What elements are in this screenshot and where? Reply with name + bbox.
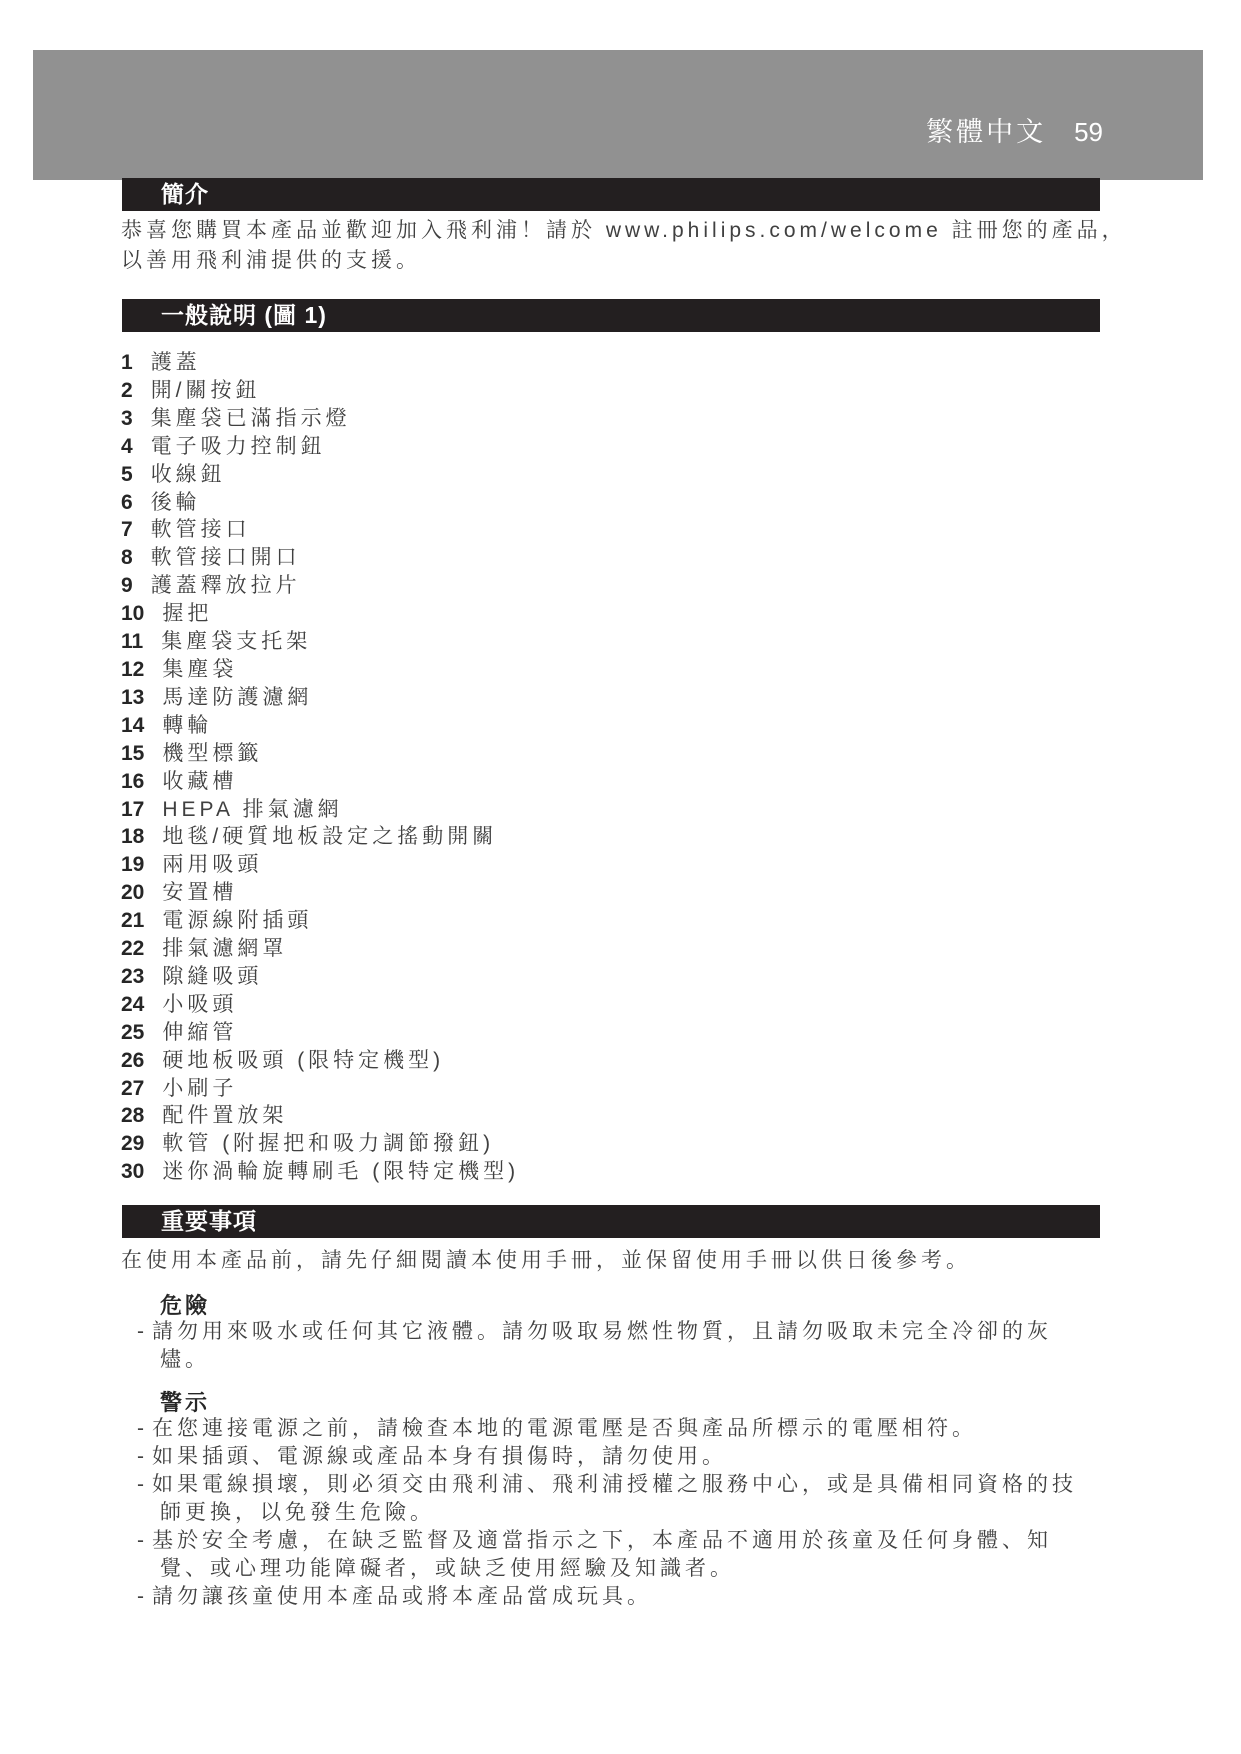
part-number: 19: [121, 851, 144, 879]
part-label: 集塵袋: [162, 658, 237, 681]
part-list-item: 10握把: [121, 600, 1121, 628]
warning-list-item: 基於安全考慮，在缺乏監督及適當指示之下，本產品不適用於孩童及任何身體、知 覺、或…: [136, 1527, 1176, 1583]
part-list-item: 3集塵袋已滿指示燈: [121, 405, 1121, 433]
part-number: 6: [121, 489, 133, 517]
section-title-intro: 簡介: [161, 181, 209, 207]
part-number: 12: [121, 656, 144, 684]
warning-heading: 警示: [160, 1386, 210, 1417]
part-label: 握把: [162, 602, 212, 625]
part-list-item: 5收線鈕: [121, 461, 1121, 489]
part-label: 排氣濾網罩: [162, 937, 287, 960]
intro-paragraph: 恭喜您購買本產品並歡迎加入飛利浦！請於 www.philips.com/welc…: [121, 216, 1181, 276]
part-number: 21: [121, 907, 144, 935]
part-list-item: 11集塵袋支托架: [121, 628, 1121, 656]
page-header-text: 繁體中文 59: [926, 110, 1103, 149]
language-label: 繁體中文: [926, 110, 1046, 149]
part-label: 隙縫吸頭: [162, 965, 262, 988]
part-label: HEPA 排氣濾網: [162, 798, 342, 821]
section-bar-important: 重要事項: [122, 1205, 1100, 1238]
warning-list-item: 如果電線損壞，則必須交由飛利浦、飛利浦授權之服務中心，或是具備相同資格的技 師更…: [136, 1471, 1176, 1527]
part-label: 開/關按鈕: [151, 379, 261, 402]
part-label: 電源線附插頭: [162, 909, 312, 932]
part-number: 23: [121, 963, 144, 991]
part-label: 軟管 (附握把和吸力調節撥鈕): [162, 1132, 494, 1155]
part-list-item: 25伸縮管: [121, 1019, 1121, 1047]
part-list-item: 20安置槽: [121, 879, 1121, 907]
part-number: 15: [121, 740, 144, 768]
part-label: 護蓋: [151, 351, 201, 374]
part-number: 8: [121, 544, 133, 572]
part-number: 30: [121, 1158, 144, 1186]
part-list-item: 19兩用吸頭: [121, 851, 1121, 879]
part-list-item: 24小吸頭: [121, 991, 1121, 1019]
part-list-item: 16收藏槽: [121, 768, 1121, 796]
part-label: 收線鈕: [151, 463, 226, 486]
part-list-item: 6後輪: [121, 489, 1121, 517]
part-number: 4: [121, 433, 133, 461]
page-header-band: 繁體中文 59: [33, 50, 1203, 180]
part-list-item: 4電子吸力控制鈕: [121, 433, 1121, 461]
warning-list-item: 在您連接電源之前，請檢查本地的電源電壓是否與產品所標示的電壓相符。: [136, 1415, 1176, 1443]
part-label: 集塵袋支托架: [161, 630, 311, 653]
part-list-item: 9護蓋釋放拉片: [121, 572, 1121, 600]
part-number: 18: [121, 823, 144, 851]
part-number: 29: [121, 1130, 144, 1158]
part-number: 20: [121, 879, 144, 907]
part-list-item: 15機型標籤: [121, 740, 1121, 768]
part-number: 3: [121, 405, 133, 433]
part-list-item: 7軟管接口: [121, 516, 1121, 544]
part-number: 14: [121, 712, 144, 740]
part-number: 16: [121, 768, 144, 796]
part-label: 馬達防護濾網: [162, 686, 312, 709]
part-list-item: 29軟管 (附握把和吸力調節撥鈕): [121, 1130, 1121, 1158]
part-number: 24: [121, 991, 144, 1019]
part-list-item: 27小刷子: [121, 1075, 1121, 1103]
part-list-item: 18地毯/硬質地板設定之搖動開關: [121, 823, 1121, 851]
section-title-important: 重要事項: [161, 1208, 257, 1234]
part-number: 22: [121, 935, 144, 963]
part-label: 軟管接口開口: [151, 546, 301, 569]
section-bar-intro: 簡介: [122, 178, 1100, 211]
important-paragraph: 在使用本產品前，請先仔細閱讀本使用手冊，並保留使用手冊以供日後參考。: [121, 1247, 1181, 1275]
manual-page: 繁體中文 59 簡介 恭喜您購買本產品並歡迎加入飛利浦！請於 www.phili…: [0, 0, 1241, 1754]
section-bar-general: 一般說明 (圖 1): [122, 299, 1100, 332]
part-label: 兩用吸頭: [162, 853, 262, 876]
part-label: 收藏槽: [162, 770, 237, 793]
part-list-item: 23隙縫吸頭: [121, 963, 1121, 991]
part-number: 27: [121, 1075, 144, 1103]
part-list-item: 30迷你渦輪旋轉刷毛 (限特定機型): [121, 1158, 1121, 1186]
part-number: 9: [121, 572, 133, 600]
part-number: 2: [121, 377, 133, 405]
part-list-item: 21電源線附插頭: [121, 907, 1121, 935]
part-label: 軟管接口: [151, 518, 251, 541]
part-label: 後輪: [151, 491, 201, 514]
part-number: 17: [121, 796, 144, 824]
part-number: 5: [121, 461, 133, 489]
part-list-item: 12集塵袋: [121, 656, 1121, 684]
part-number: 1: [121, 349, 133, 377]
page-number: 59: [1074, 117, 1103, 148]
part-label: 硬地板吸頭 (限特定機型): [162, 1049, 444, 1072]
part-list-item: 17HEPA 排氣濾網: [121, 796, 1121, 824]
part-list-item: 28配件置放架: [121, 1102, 1121, 1130]
parts-list: 1護蓋 2開/關按鈕 3集塵袋已滿指示燈 4電子吸力控制鈕 5收線鈕 6後輪: [121, 349, 1121, 1186]
part-number: 28: [121, 1102, 144, 1130]
part-number: 11: [121, 628, 143, 656]
part-label: 護蓋釋放拉片: [151, 574, 301, 597]
danger-list: 請勿用來吸水或任何其它液體。請勿吸取易燃性物質，且請勿吸取未完全冷卻的灰 燼。: [136, 1318, 1176, 1374]
part-label: 集塵袋已滿指示燈: [151, 407, 351, 430]
warning-list-item: 如果插頭、電源線或產品本身有損傷時，請勿使用。: [136, 1443, 1176, 1471]
part-label: 伸縮管: [162, 1021, 237, 1044]
danger-list-item: 請勿用來吸水或任何其它液體。請勿吸取易燃性物質，且請勿吸取未完全冷卻的灰 燼。: [136, 1318, 1176, 1374]
part-number: 25: [121, 1019, 144, 1047]
part-label: 地毯/硬質地板設定之搖動開關: [162, 825, 497, 848]
section-title-general: 一般說明 (圖 1): [161, 302, 327, 328]
part-label: 轉輪: [162, 714, 212, 737]
part-number: 10: [121, 600, 144, 628]
part-label: 電子吸力控制鈕: [151, 435, 326, 458]
part-number: 7: [121, 516, 133, 544]
part-list-item: 13馬達防護濾網: [121, 684, 1121, 712]
part-number: 26: [121, 1047, 144, 1075]
part-list-item: 26硬地板吸頭 (限特定機型): [121, 1047, 1121, 1075]
part-list-item: 8軟管接口開口: [121, 544, 1121, 572]
part-label: 迷你渦輪旋轉刷毛 (限特定機型): [162, 1160, 519, 1183]
part-number: 13: [121, 684, 144, 712]
warning-list: 在您連接電源之前，請檢查本地的電源電壓是否與產品所標示的電壓相符。 如果插頭、電…: [136, 1415, 1176, 1611]
danger-heading: 危險: [160, 1289, 210, 1320]
part-label: 安置槽: [162, 881, 237, 904]
part-label: 機型標籤: [162, 742, 262, 765]
part-list-item: 14轉輪: [121, 712, 1121, 740]
warning-list-item: 請勿讓孩童使用本產品或將本產品當成玩具。: [136, 1583, 1176, 1611]
part-list-item: 22排氣濾網罩: [121, 935, 1121, 963]
part-label: 小吸頭: [162, 993, 237, 1016]
part-label: 配件置放架: [162, 1104, 287, 1127]
part-label: 小刷子: [162, 1077, 237, 1100]
part-list-item: 1護蓋: [121, 349, 1121, 377]
part-list-item: 2開/關按鈕: [121, 377, 1121, 405]
